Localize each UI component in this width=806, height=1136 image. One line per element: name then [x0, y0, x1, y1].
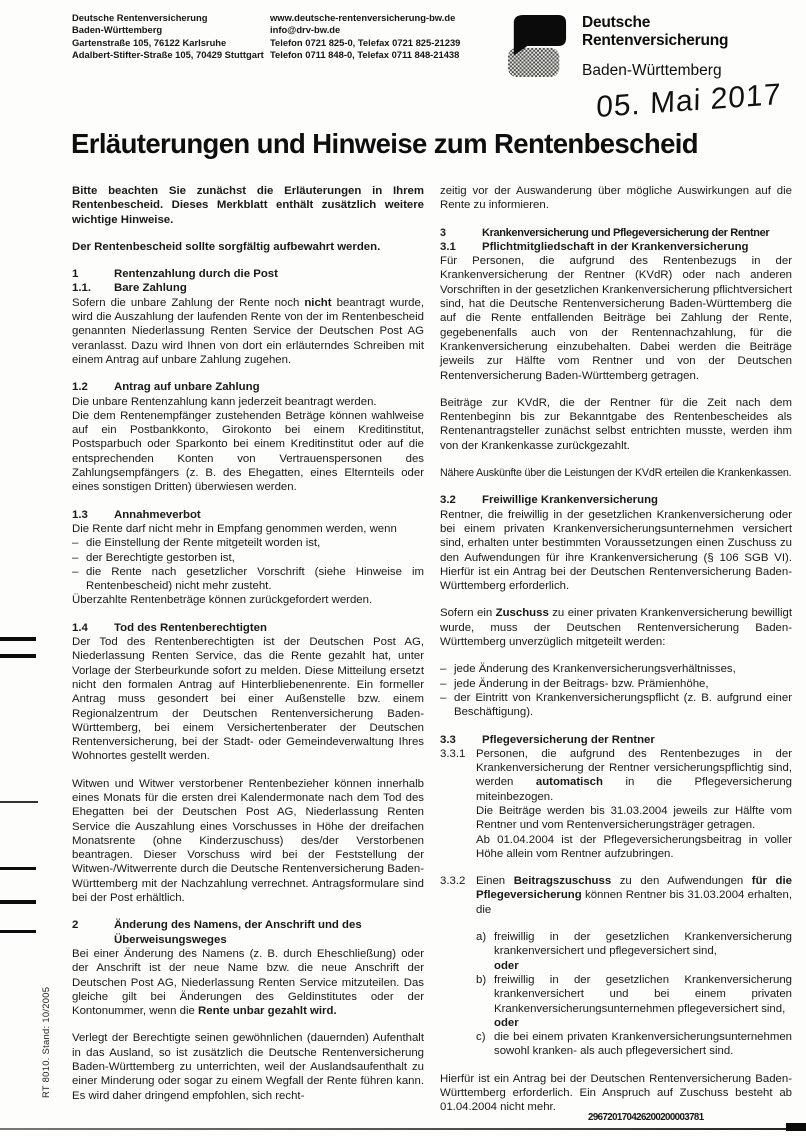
content-columns: Bitte beachten Sie zunächst die Erläuter…	[72, 184, 792, 1115]
brand-line-2: Rentenversicherung	[582, 32, 728, 50]
dash-bullet: –	[440, 691, 454, 720]
paragraph-number: 3.3.2	[440, 874, 476, 917]
dash-bullet: –	[440, 662, 454, 676]
contact-phone-stuttgart: Telefon 0711 848-0, Telefax 0711 848-214…	[270, 49, 460, 61]
section-number: 3.1	[440, 240, 482, 254]
dash-list: –die Einstellung der Rente mitgeteilt wo…	[72, 536, 424, 593]
column-right: zeitig vor der Auswanderung über möglich…	[440, 184, 792, 1115]
section-heading: 2Änderung des Namens, der Anschrift und …	[72, 918, 424, 947]
paragraph: zeitig vor der Auswanderung über möglich…	[440, 184, 792, 213]
section-title: Antrag auf unbare Zahlung	[114, 380, 424, 394]
dash-list-item: –die Rente nach gesetzlicher Vorschrift …	[72, 565, 424, 594]
section-number: 1.2	[72, 380, 114, 394]
alpha-list-label: c)	[476, 1030, 494, 1059]
section-heading: 1.3Annahmeverbot	[72, 508, 424, 522]
paragraph: Nähere Auskünfte über die Leistungen der…	[440, 466, 792, 480]
brand-region: Baden-Württemberg	[582, 62, 728, 80]
dash-list-text: der Berechtigte gestorben ist,	[86, 551, 424, 565]
brand-name-block: Deutsche Rentenversicherung Baden-Württe…	[582, 14, 728, 80]
paragraph: Die dem Rentenempfänger zustehenden Betr…	[72, 409, 424, 495]
alpha-list-item: b)freiwillig in der gesetzlichen Kranken…	[476, 973, 792, 1030]
paragraph: Die unbare Rentenzahlung kann jederzeit …	[72, 395, 424, 409]
registration-mark	[0, 867, 36, 870]
section-title: Annahmeverbot	[114, 508, 424, 522]
registration-mark	[0, 900, 36, 904]
sender-line: Gartenstraße 105, 76122 Karlsruhe	[72, 37, 264, 49]
section-number: 2	[72, 918, 114, 947]
paragraph: Hierfür ist ein Antrag bei der Deutschen…	[440, 1072, 792, 1115]
dash-list-item: –jede Änderung des Krankenversicherungsv…	[440, 662, 792, 676]
section-title: Bare Zahlung	[114, 281, 424, 295]
document-number: 296720170426200200003781	[588, 1112, 704, 1123]
section-heading: 3.2Freiwillige Krankenversicherung	[440, 493, 792, 507]
section-heading: 3.3Pflegeversicherung der Rentner	[440, 733, 792, 747]
dash-list-text: die Einstellung der Rente mitgeteilt wor…	[86, 536, 424, 550]
registration-mark	[0, 637, 36, 641]
sender-line: Adalbert-Stifter-Straße 105, 70429 Stutt…	[72, 49, 264, 61]
paragraph: Der Rentenbescheid sollte sorgfältig auf…	[72, 240, 424, 254]
alpha-list-item: c)die bei einem privaten Krankenversiche…	[476, 1030, 792, 1059]
column-left: Bitte beachten Sie zunächst die Erläuter…	[72, 184, 424, 1115]
registration-mark	[0, 801, 38, 803]
sender-line: Deutsche Rentenversicherung	[72, 12, 264, 24]
scan-edge-line	[0, 1128, 806, 1130]
section-heading: 1.1.Bare Zahlung	[72, 281, 424, 295]
section-title: Rentenzahlung durch die Post	[114, 267, 424, 281]
section-title: Krankenversicherung und Pflegeversicheru…	[482, 226, 792, 240]
paragraph: Bitte beachten Sie zunächst die Erläuter…	[72, 184, 424, 227]
brand-line-1: Deutsche	[582, 14, 728, 32]
paragraph: Sofern ein Zuschuss zu einer privaten Kr…	[440, 606, 792, 649]
paragraph: Rentner, die freiwillig in der gesetzlic…	[440, 508, 792, 594]
section-heading: 1.2Antrag auf unbare Zahlung	[72, 380, 424, 394]
paragraph: Die Rente darf nicht mehr in Empfang gen…	[72, 522, 424, 536]
dash-list-text: jede Änderung des Krankenversicherungsve…	[454, 662, 792, 676]
dash-list-text: jede Änderung in der Beitrags- bzw. Präm…	[454, 677, 792, 691]
alpha-list-text: die bei einem privaten Krankenversicheru…	[494, 1030, 792, 1059]
section-number: 3.2	[440, 493, 482, 507]
section-number: 1	[72, 267, 114, 281]
paragraph: Sofern die unbare Zahlung der Rente noch…	[72, 296, 424, 367]
dash-list: –jede Änderung des Krankenversicherungsv…	[440, 662, 792, 719]
paragraph: Witwen und Witwer verstorbener Rentenbez…	[72, 777, 424, 906]
numbered-paragraph: 3.3.2Einen Beitragszuschuss zu den Aufwe…	[440, 874, 792, 917]
contact-phone-karlsruhe: Telefon 0721 825-0, Telefax 0721 825-212…	[270, 37, 460, 49]
dash-bullet: –	[440, 677, 454, 691]
registration-mark	[0, 654, 36, 658]
registration-mark	[0, 930, 36, 933]
paragraph: Überzahlte Rentenbeträge können zurückge…	[72, 593, 424, 607]
section-title: Tod des Rentenberechtigten	[114, 621, 424, 635]
paragraph-body: Einen Beitragszuschuss zu den Aufwendung…	[476, 874, 792, 917]
section-number: 3.3	[440, 733, 482, 747]
alpha-list-label: b)	[476, 973, 494, 1030]
dash-list-item: –der Berechtigte gestorben ist,	[72, 551, 424, 565]
dash-bullet: –	[72, 536, 86, 550]
alpha-list-text: freiwillig in der gesetzlichen Krankenve…	[494, 973, 792, 1030]
dash-bullet: –	[72, 565, 86, 594]
alpha-list-label: a)	[476, 930, 494, 973]
handwritten-date: 05. Mai 2017	[596, 77, 796, 125]
drv-logo-icon	[508, 12, 568, 85]
paragraph-number: 3.3.1	[440, 747, 476, 861]
section-number: 1.1.	[72, 281, 114, 295]
section-title: Freiwillige Krankenversicherung	[482, 493, 792, 507]
numbered-paragraph: 3.3.1Personen, die aufgrund des Rentenbe…	[440, 747, 792, 861]
dash-list-item: –die Einstellung der Rente mitgeteilt wo…	[72, 536, 424, 550]
section-heading: 3Krankenversicherung und Pflegeversicher…	[440, 226, 792, 240]
alpha-list: a)freiwillig in der gesetzlichen Kranken…	[440, 930, 792, 1059]
paragraph: Beiträge zur KVdR, die der Rentner für d…	[440, 396, 792, 453]
section-number: 1.4	[72, 621, 114, 635]
contact-website: www.deutsche-rentenversicherung-bw.de	[270, 12, 460, 24]
scanned-document-page: Deutsche Rentenversicherung Baden-Württe…	[0, 0, 806, 1136]
section-heading: 3.1Pflichtmitgliedschaft in der Krankenv…	[440, 240, 792, 254]
sender-line: Baden-Württemberg	[72, 24, 264, 36]
page-title: Erläuterungen und Hinweise zum Rentenbes…	[71, 128, 698, 160]
dash-list-text: der Eintritt von Krankenversicherungspfl…	[454, 691, 792, 720]
paragraph: Der Tod des Rentenberechtigten ist der D…	[72, 635, 424, 764]
section-heading: 1.4Tod des Rentenberechtigten	[72, 621, 424, 635]
section-title: Änderung des Namens, der Anschrift und d…	[114, 918, 424, 947]
section-title: Pflichtmitgliedschaft in der Krankenvers…	[482, 240, 792, 254]
paragraph: Bei einer Änderung des Namens (z. B. dur…	[72, 947, 424, 1018]
dash-bullet: –	[72, 551, 86, 565]
paragraph-body: Personen, die aufgrund des Rentenbezuges…	[476, 747, 792, 861]
section-number: 3	[440, 226, 482, 240]
alpha-list-text: freiwillig in der gesetzlichen Krankenve…	[494, 930, 792, 973]
paragraph: Für Personen, die aufgrund des Rentenbez…	[440, 254, 792, 383]
section-title: Pflegeversicherung der Rentner	[482, 733, 792, 747]
contact-info-block: www.deutsche-rentenversicherung-bw.de in…	[270, 12, 460, 62]
dash-list-text: die Rente nach gesetzlicher Vorschrift (…	[86, 565, 424, 594]
section-number: 1.3	[72, 508, 114, 522]
dash-list-item: –der Eintritt von Krankenversicherungspf…	[440, 691, 792, 720]
dash-list-item: –jede Änderung in der Beitrags- bzw. Prä…	[440, 677, 792, 691]
scan-corner-mark	[786, 1123, 806, 1131]
sender-address-block: Deutsche Rentenversicherung Baden-Württe…	[72, 12, 264, 62]
paragraph: Verlegt der Berechtigte seinen gewöhnlic…	[72, 1031, 424, 1102]
section-heading: 1Rentenzahlung durch die Post	[72, 267, 424, 281]
alpha-list-item: a)freiwillig in der gesetzlichen Kranken…	[476, 930, 792, 973]
contact-email: info@drv-bw.de	[270, 24, 460, 36]
form-reference-vertical: RT 8010. Stand: 10/2005	[40, 958, 51, 1098]
